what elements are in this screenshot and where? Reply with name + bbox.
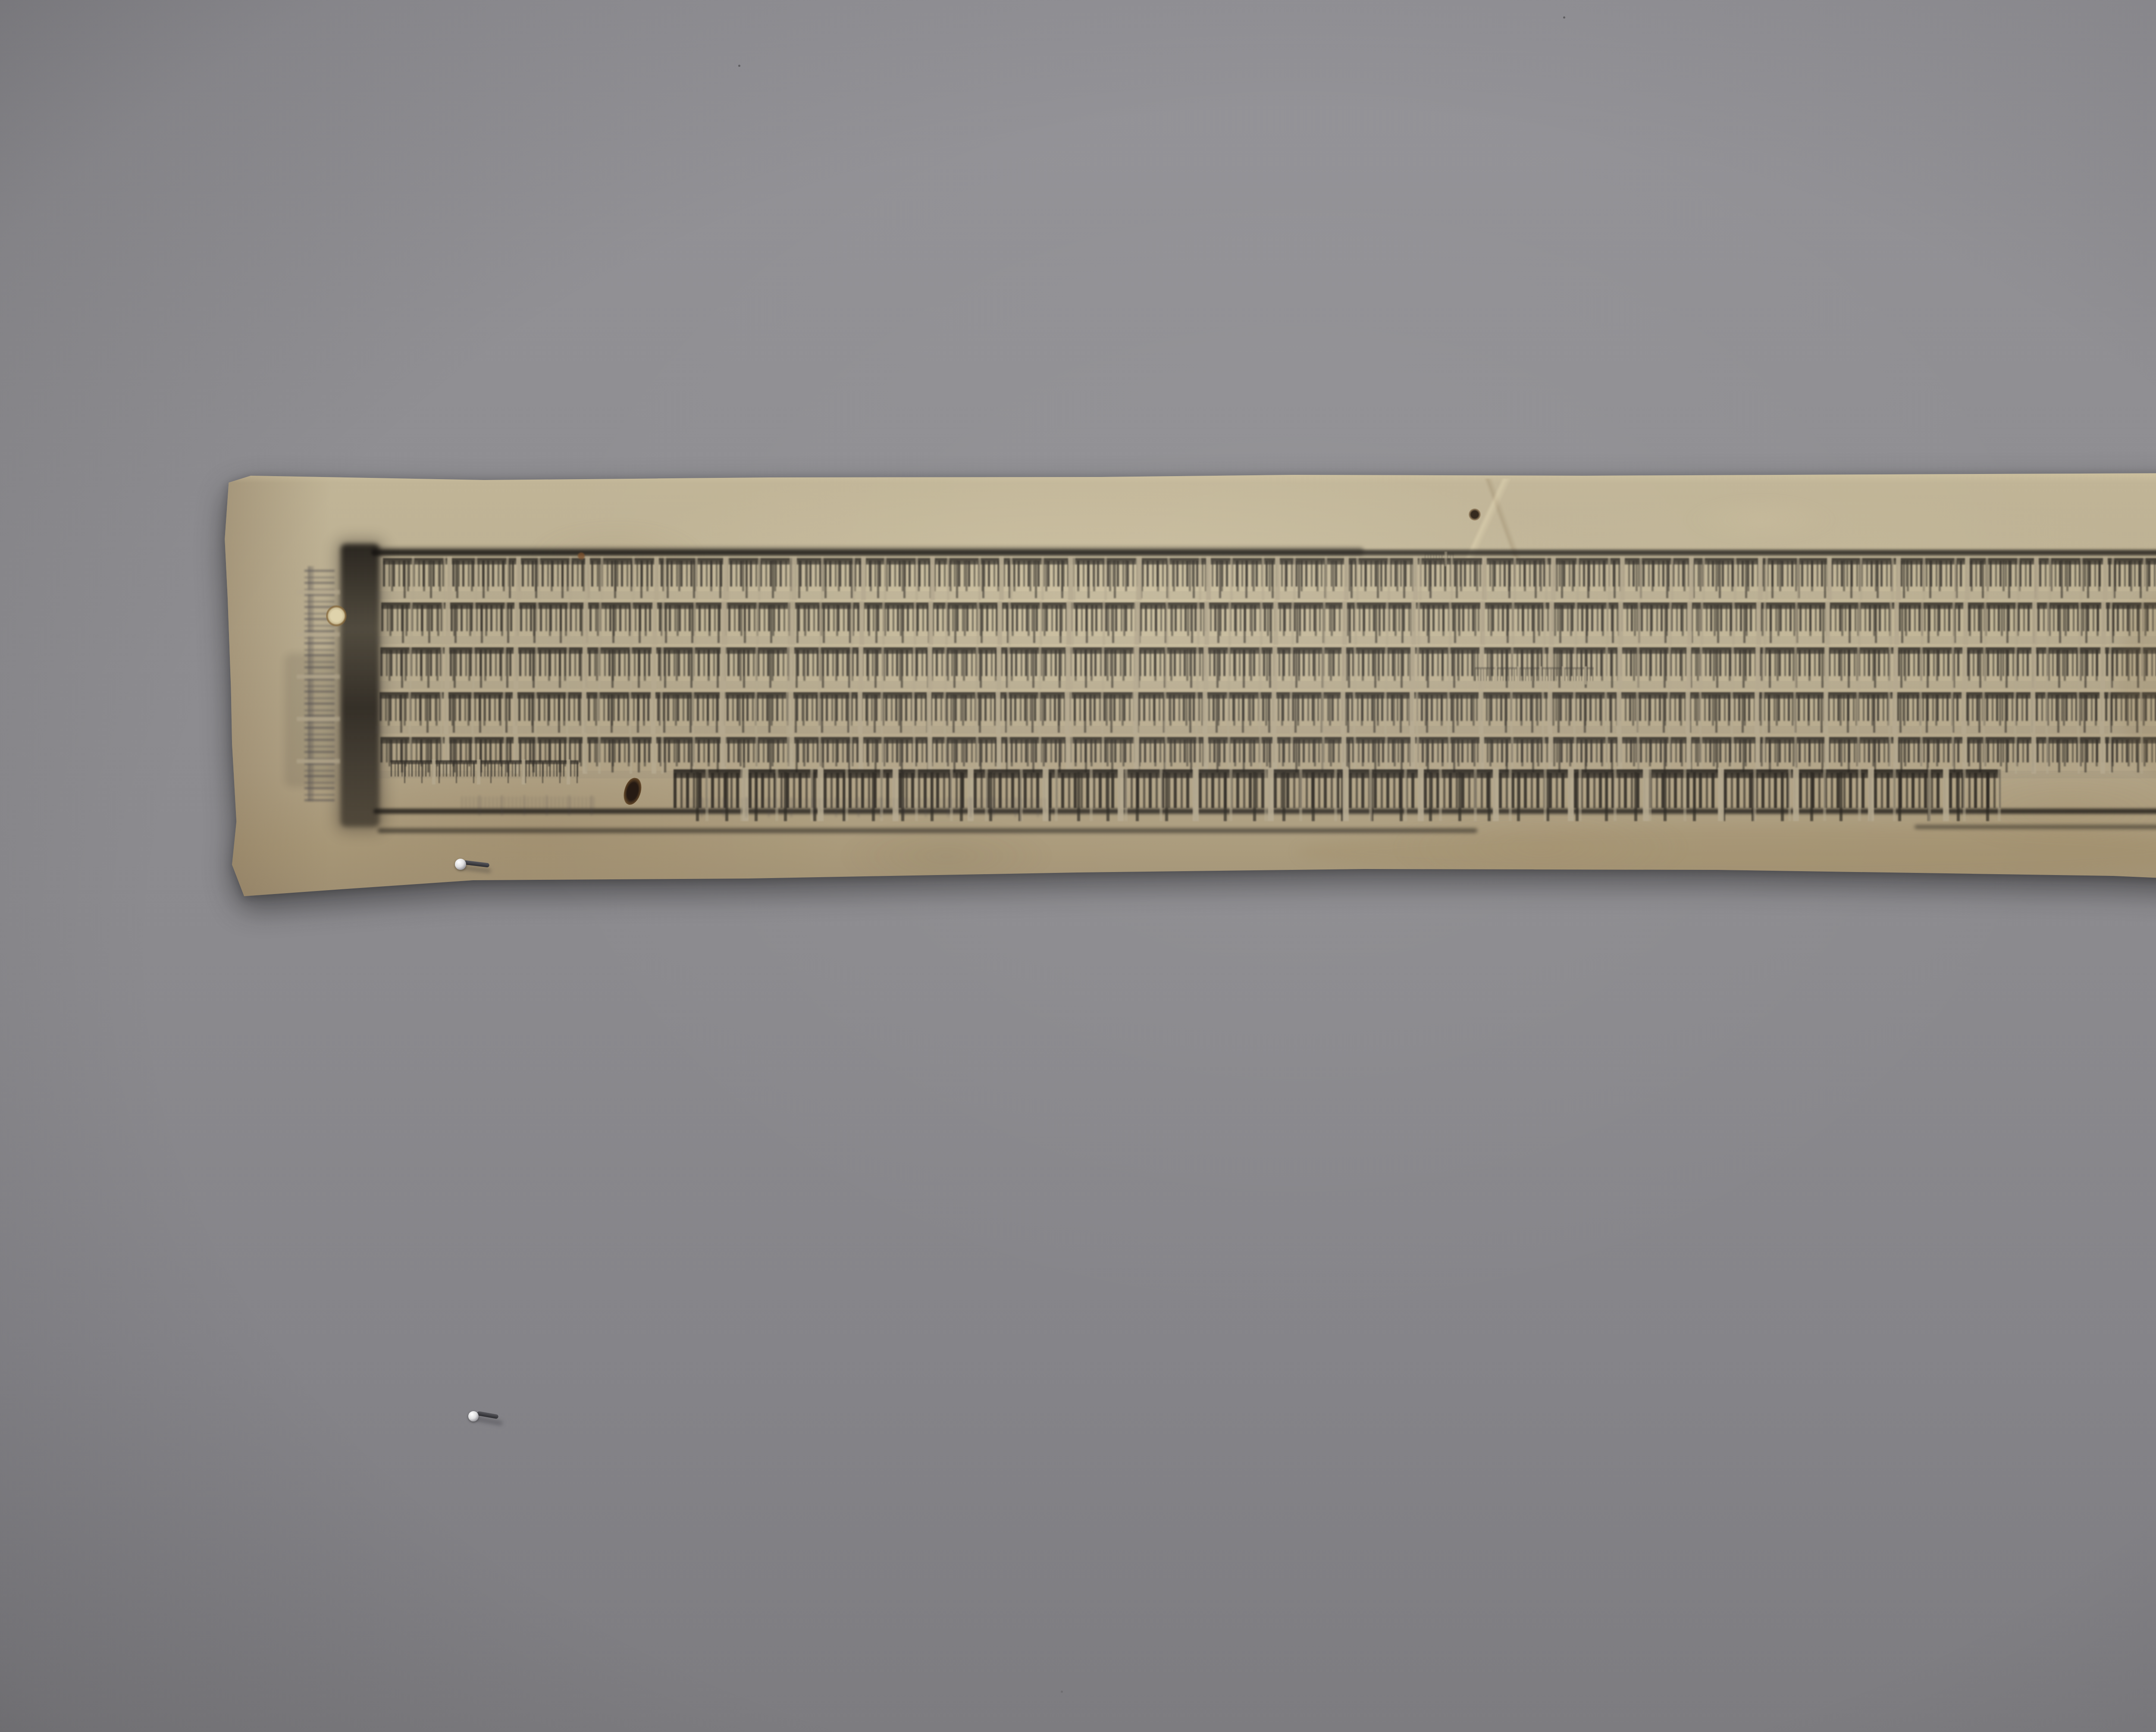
colophon-small-line-text: ཁྲིགས་སུ་སྟབས་པ་ཡོ།: [391, 759, 579, 784]
photograph-scene: ཡས་བྱུང་བ་ཆོ། །སྟོབས་ཆེ་དྲུས་མ་ཅུ་ཅུ་བ་ཞ…: [0, 0, 2156, 1732]
text-line-1: ཡས་བྱུང་བ་ཆོ། །སྟོབས་ཆེ་དྲུས་མ་ཅུ་ཅུ་བ་ཞ…: [383, 557, 2156, 600]
faint-handwritten-note: [683, 796, 1046, 818]
interlinear-numeral-text: ༡༧༠༠༩༡: [1475, 666, 1594, 684]
paper-hole: [326, 605, 347, 627]
dust-speck: [1061, 1691, 1063, 1693]
pin-head: [468, 1411, 479, 1421]
frame-border-left-bar: [341, 544, 379, 827]
ink-dot-hole: [1469, 508, 1481, 521]
stain-spot: [578, 552, 585, 559]
text-line-4-text: བསོད་ནམས་འཕེལ་བ་དང་། །འབོར་དང་ལོངས་སྤྱོད…: [379, 691, 2156, 734]
interlinear-numeral-note: ༡༧༠༠༩༡: [1475, 666, 1594, 684]
left-margin-note: [297, 566, 340, 801]
text-line-2-text: ཟ་དམ་ར་པོ་ཀླུ་དམངས་ཅན། །ཞི་བ་ཚིག་གི་རྒྱལ…: [381, 601, 2156, 644]
colophon-small-line: ཁྲིགས་སུ་སྟབས་པ་ཡོ།: [391, 759, 579, 784]
push-pin-wall-left: [467, 1405, 508, 1431]
manuscript-folio: ཡས་བྱུང་བ་ཆོ། །སྟོབས་ཆེ་དྲུས་མ་ཅུ་ཅུ་བ་ཞ…: [220, 468, 2156, 899]
faint-handwritten-note: [461, 794, 595, 816]
text-line-4: བསོད་ནམས་འཕེལ་བ་དང་། །འབོར་དང་ལོངས་སྤྱོད…: [379, 691, 2156, 734]
pin-head: [455, 859, 466, 870]
text-line-3-text: ཕུག་གཡས་མཆོན་ཆ་སྨུ་ཚོགས་དང་། །གཡོན་པ་ཕེ་…: [380, 646, 2156, 689]
dust-speck: [738, 65, 740, 67]
push-pin-folio-left: [455, 856, 496, 878]
folio-shadow: ཡས་བྱུང་བ་ཆོ། །སྟོབས་ཆེ་དྲུས་མ་ཅུ་ཅུ་བ་ཞ…: [220, 468, 2156, 899]
marginal-numeral-text: ༡༨: [1425, 552, 1454, 569]
text-line-3: ཕུག་གཡས་མཆོན་ཆ་སྨུ་ཚོགས་དང་། །གཡོན་པ་ཕེ་…: [380, 646, 2156, 690]
water-stain: [1298, 826, 2156, 878]
text-line-1-text: ཡས་བྱུང་བ་ཆོ། །སྟོབས་ཆེ་དྲུས་མ་ཅུ་ཅུ་བ་ཞ…: [383, 557, 2156, 600]
pin-shadow: [475, 1417, 503, 1426]
frame-border-bottom-second: [378, 828, 1477, 833]
marginal-numeral-mark: ༡༨: [1425, 552, 1454, 566]
text-line-2: ཟ་དམ་ར་པོ་ཀླུ་དམངས་ཅན། །ཞི་བ་ཚིག་གི་རྒྱལ…: [381, 601, 2156, 645]
dust-speck: [1563, 16, 1565, 19]
paper-crease: [1419, 479, 1561, 559]
